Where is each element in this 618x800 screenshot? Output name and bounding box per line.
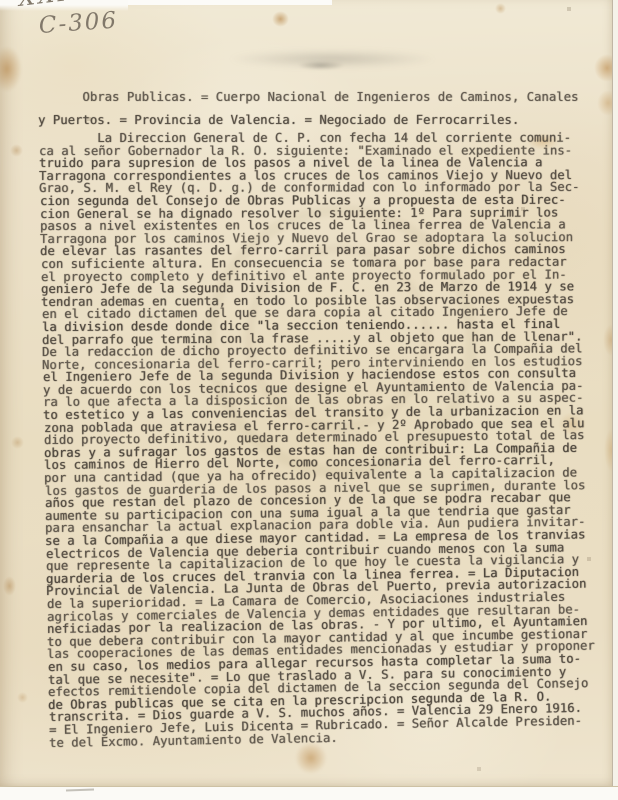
archive-mark-code: C-306: [38, 7, 125, 39]
stain-mark: [495, 3, 506, 14]
text-line: y Puertos. = Provincia de Valencia. = Ne…: [38, 109, 604, 132]
document-header: Obras Publicas. = Cuerpo Nacional de Ing…: [38, 86, 604, 132]
scan-edge-right: [612, 0, 618, 786]
stain-mark: [272, 11, 289, 27]
pencil-smudge-dark: [298, 61, 344, 70]
stain-mark: [10, 144, 23, 157]
document-scan: XXIII-8 C-306 Obras Publicas. = Cuerpo N…: [0, 0, 618, 800]
stain-mark: [0, 46, 22, 92]
typewritten-text: Obras Publicas. = Cuerpo Nacional de Ing…: [38, 86, 604, 749]
document-body: La Direccion General de C. P. con fecha …: [38, 132, 604, 749]
stain-mark: [3, 576, 16, 596]
paper-sheet: XXIII-8 C-306 Obras Publicas. = Cuerpo N…: [0, 0, 612, 787]
archive-annotation: XXIII-8 C-306: [20, 0, 123, 39]
text-line: Obras Publicas. = Cuerpo Nacional de Ing…: [38, 86, 604, 109]
stain-mark: [11, 436, 24, 449]
stain-mark: [17, 692, 28, 703]
